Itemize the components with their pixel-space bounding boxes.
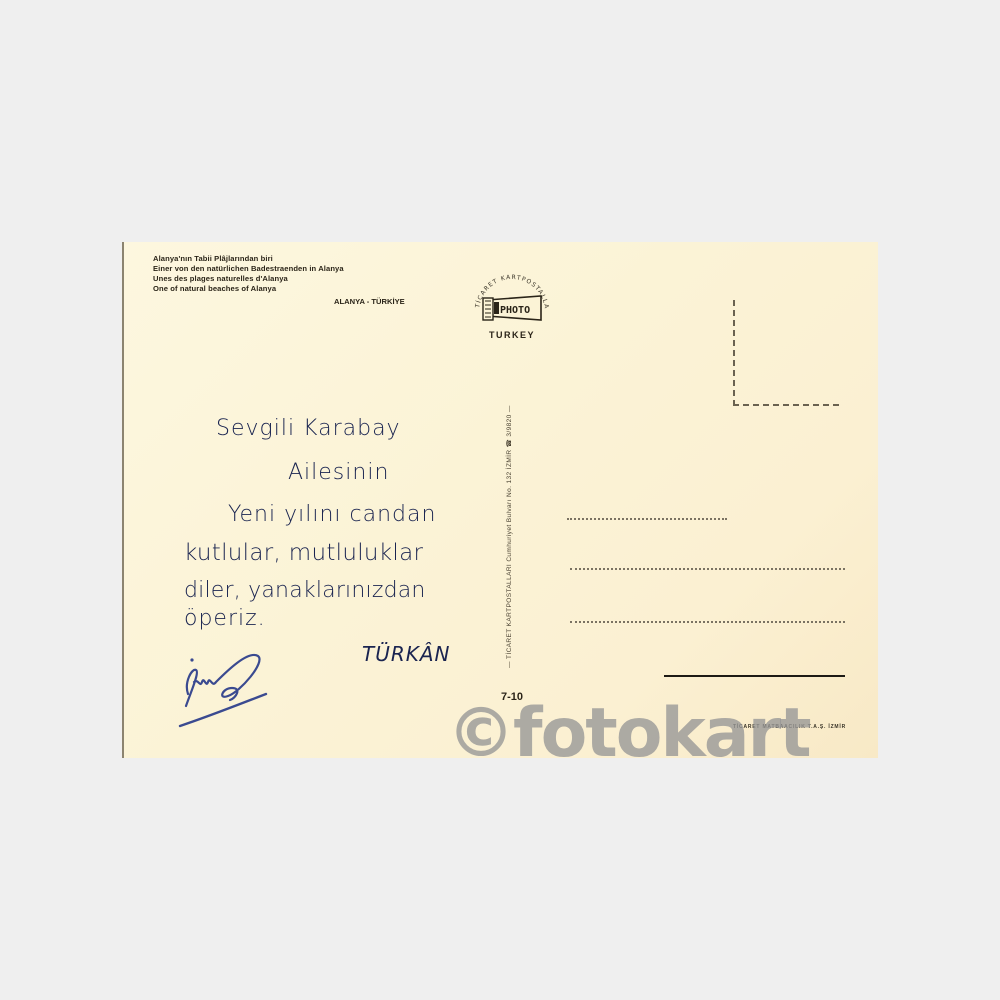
handwritten-signature-name: TÜRKÂN (362, 642, 451, 666)
publisher-logo: TİCARET KARTPOSTALLARI PHOTO TURKEY (467, 268, 557, 346)
handwritten-line-6: öperiz. (184, 606, 266, 631)
address-line-2 (570, 568, 845, 570)
caption-french: Unes des plages naturelles d'Alanya (153, 274, 344, 284)
location-label: ALANYA - TÜRKİYE (334, 297, 405, 306)
svg-text:PHOTO: PHOTO (500, 305, 530, 316)
handwritten-line-1: Sevgili Karabay (216, 416, 401, 441)
watermark: ©fotokart (447, 700, 810, 768)
caption-english: One of natural beaches of Alanya (153, 284, 344, 294)
stamp-area (733, 300, 839, 406)
postcard: Alanya'nın Tabii Plâjlarından biri Einer… (122, 242, 878, 758)
vertical-publisher-text: — TİCARET KARTPOSTALLARI Cumhuriyet Bulv… (505, 338, 519, 668)
address-line-4 (664, 675, 845, 677)
handwritten-line-4: kutlular, mutluluklar (184, 540, 423, 566)
address-line-1 (567, 518, 727, 520)
printer-label: TİCARET MATBAACILIK T.A.Ş. İZMİR (733, 724, 846, 730)
handwritten-line-2: Ailesinin (288, 460, 389, 485)
card-number: 7-10 (501, 691, 523, 703)
camera-logo-icon: TİCARET KARTPOSTALLARI PHOTO (467, 268, 557, 330)
publisher-address: — TİCARET KARTPOSTALLARI Cumhuriyet Bulv… (505, 405, 513, 668)
caption-turkish: Alanya'nın Tabii Plâjlarından biri (153, 254, 344, 264)
caption-german: Einer von den natürlichen Badestraenden … (153, 264, 344, 274)
postcard-caption: Alanya'nın Tabii Plâjlarından biri Einer… (153, 254, 344, 294)
handwritten-line-5: diler, yanaklarınızdan (184, 578, 426, 603)
address-line-3 (570, 621, 845, 623)
signature-scribble-icon (170, 642, 310, 732)
handwritten-line-3: Yeni yılını candan (228, 502, 436, 527)
